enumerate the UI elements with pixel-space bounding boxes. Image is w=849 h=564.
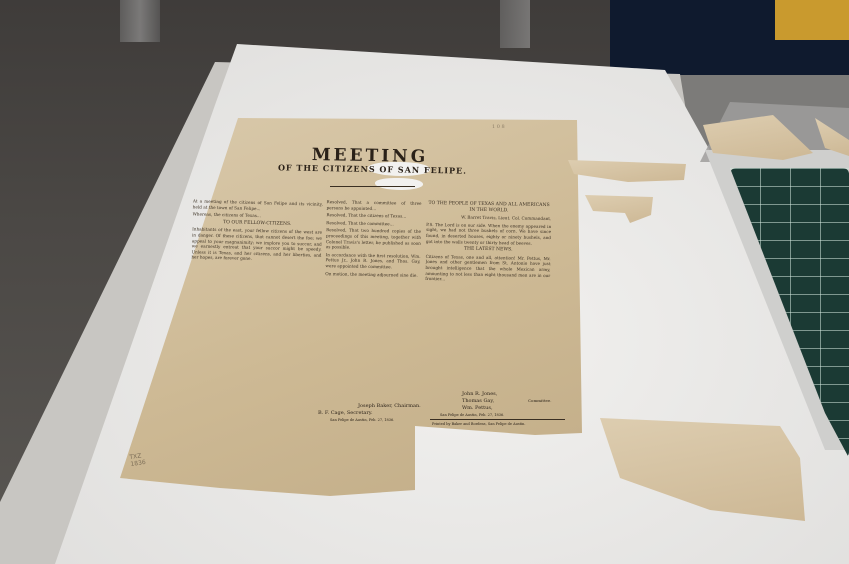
text-column-left: At a meeting of the citizens of San Feli… bbox=[187, 198, 323, 423]
committee-member: Thomas Gay, bbox=[462, 398, 494, 404]
paragraph: At a meeting of the citizens of San Feli… bbox=[193, 198, 323, 213]
photo-scene: 1 0 8 MEETING OF THE CITIZENS OF SAN FEL… bbox=[0, 0, 849, 564]
secretary-signature: B. F. Cage, Secretary. bbox=[318, 410, 373, 416]
accession-mark: TXZ 1836 bbox=[129, 452, 146, 468]
paragraph: Resolved, That a committee of three pers… bbox=[326, 199, 421, 212]
glass-weight bbox=[500, 0, 530, 48]
glass-weight bbox=[120, 0, 160, 42]
signature: W. Barret Travis, Lieut. Col. Commandant… bbox=[426, 214, 551, 222]
paragraph: Citizens of Texas, one and all, attentio… bbox=[425, 254, 550, 284]
printer-rule bbox=[430, 419, 565, 420]
paragraph: In accordance with the first resolution,… bbox=[325, 252, 420, 270]
paragraph: Resolved, That the citizens of Texas... bbox=[326, 212, 421, 219]
committee-label: Committee. bbox=[528, 398, 552, 403]
printer-imprint: Printed by Baker and Bordens, San Felipe… bbox=[432, 422, 526, 426]
paragraph: On motion, the meeting adjourned sine di… bbox=[325, 271, 420, 278]
text-column-middle: Resolved, That a committee of three pers… bbox=[323, 199, 421, 386]
committee-member: Wm. Pettus, bbox=[462, 405, 493, 411]
title-rule bbox=[330, 186, 415, 187]
place-date-right: San Felipe de Austin, Feb. 27, 1836. bbox=[440, 413, 504, 417]
chairman-signature: Joseph Baker, Chairman. bbox=[358, 403, 421, 409]
paragraph: P.S. The Lord is on our side. When the e… bbox=[426, 222, 551, 247]
committee-member: John R. Jones, bbox=[462, 391, 497, 397]
paragraph: Resolved, That the committee... bbox=[326, 220, 421, 227]
paragraph: Resolved, That two hundred copies of the… bbox=[326, 228, 421, 252]
paragraph: Inhabitants of the east, your fellow cit… bbox=[191, 227, 322, 264]
yellow-label bbox=[775, 0, 849, 40]
section-heading: THE LATEST NEWS. bbox=[426, 246, 551, 254]
text-column-right: TO THE PEOPLE OF TEXAS AND ALL AMERICANS… bbox=[423, 199, 551, 389]
section-heading: TO THE PEOPLE OF TEXAS AND ALL AMERICANS… bbox=[426, 201, 551, 214]
page-mark: 1 0 8 bbox=[492, 124, 505, 130]
place-date-left: San Felipe de Austin, Feb. 27, 1836. bbox=[330, 418, 394, 422]
